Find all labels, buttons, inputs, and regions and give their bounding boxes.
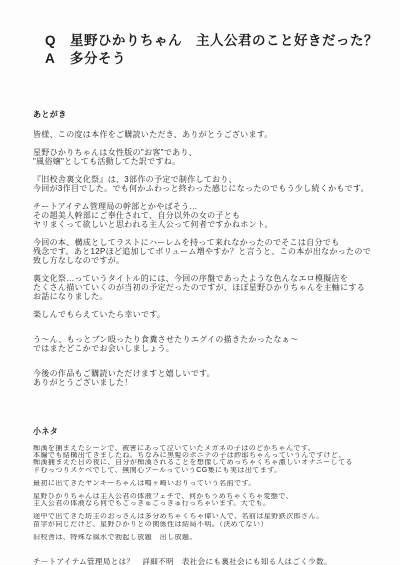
afterword-paragraph-heroine: 星野ひかりちゃんは女性版の"お客"であり、"風俗嬢"としても活動してた訳ですね。 [33,148,372,166]
text-line: お話になりました。 [33,292,372,301]
afterword-paragraph-title: 裏文化祭…っていうタイトル的には、今回の序盤であったような色んなエロ模擬店をたく… [33,274,372,301]
afterword-page: Q 星野ひかりちゃん 主人公君のこと好きだった？ A 多分そう あとがき 皆様、… [0,0,400,565]
text-line: ヤリまくって欲しいと思われる主人公って何者ですかねホント。 [33,220,372,229]
text-line: 痴漢を捕まえたシーンで、被害にあって泣いていたメガネの子はのどかちゃんです。 [33,445,372,452]
qa-question-row: Q 星野ひかりちゃん 主人公君のこと好きだった？ [45,32,372,50]
text-line: 星野ひかりちゃんは女性版の"お客"であり、 [33,148,372,157]
qa-answer-row: A 多分そう [45,50,372,68]
text-line: ありがとうございました！ [33,378,372,387]
text-line: 痴漢捕まえた日の夜に、自分が痴漢されることを想像してめっちゃくちゃ激しいオナニー… [33,459,372,466]
text-line: チートアイテム管理局の幹部とかやばそう… [33,202,372,211]
text-line: 致し方なしなのですが。 [33,256,372,265]
question-label: Q [45,32,70,50]
afterword-paragraph-enjoy: 楽しんでもらえていたら幸いです。 [33,310,372,319]
text-line: 旧校舎は、特殊な風水で勃起し放題 出し放題。 [33,534,372,541]
text-line: 今後の作品もご購読いただけますと嬉しいです。 [33,369,372,378]
afterword-paragraph-bureau: チートアイテム管理局の幹部とかやばそう…その超美人幹部にご奉仕されて、自分以外の… [33,202,372,229]
text-line: 楽しんでもらえていたら幸いです。 [33,310,372,319]
answer-text: 多分そう [70,50,126,68]
answer-label: A [45,50,70,68]
koneta-paragraph-yankee: 最初に出てきたヤンキーちゃんは鳴ヶ崎いおりっていう名前です。 [33,480,372,487]
afterword-paragraph-greeting: 皆様、この度は本作をご購読いただき、ありがとうございます。 [33,130,372,139]
text-line: 本編でも結構出てきましたね。ちなみに黒髪のポニテの子は紗耶ちゃんっていうんですけ… [33,452,372,459]
question-text: 星野ひかりちゃん 主人公君のこと好きだった？ [70,32,378,50]
text-line: 裏文化祭…っていうタイトル的には、今回の序盤であったような色んなエロ模擬店を [33,274,372,283]
text-line: 残念です。あと12Pほど追加してボリューム増やすか？と言うと、この本が出なかった… [33,247,372,256]
text-line: ではまたどこかでお会いしましょう。 [33,344,372,353]
koneta-paragraph-monk: 途中で出てきた坊主のおっさんは多分めちゃくちゃ偉い人で、名前は星野鉄次郎さん。苗… [33,513,372,527]
text-line: 主人公君の体液なら何でもごっきゅごっきゅ行っちゃいます。大でも。 [33,500,372,507]
text-line: 途中で出てきた坊主のおっさんは多分めちゃくちゃ偉い人で、名前は星野鉄次郎さん。 [33,513,372,520]
text-line: ドむっつりスケベでして、無関心プールっていうCG集にも実は出てます。 [33,467,372,474]
afterword-heading: あとがき [33,110,372,119]
qa-block: Q 星野ひかりちゃん 主人公君のこと好きだった？ A 多分そう [45,32,372,68]
afterword-body: 皆様、この度は本作をご購読いただき、ありがとうございます。 星野ひかりちゃんは女… [33,130,372,387]
koneta-body: 痴漢を捕まえたシーンで、被害にあって泣いていたメガネの子はのどかちゃんです。本編… [33,445,372,541]
text-line: 『旧校舎裏文化祭』は、3部作の予定で制作しており、 [33,175,372,184]
text-line: その超美人幹部にご奉仕されて、自分以外の女の子とも [33,211,372,220]
afterword-paragraph-wish: う～ん、もっとブン殴ったり食糞させたりエグイの描きたかったなぁ～ではまたどこかで… [33,335,372,353]
text-line: たくさん描いていくのが当初の予定だったのですが、ほぼ星野ひかりちゃんを主軸にする [33,283,372,292]
text-line: う～ん、もっとブン殴ったり食糞させたりエグイの描きたかったなぁ～ [33,335,372,344]
text-line: "風俗嬢"としても活動してた訳ですね。 [33,157,372,166]
bureau-note: チートアイテム管理局とは？ 詳細不明 表社会にも裏社会にも知る人はごく少数。 [33,557,372,565]
afterword-paragraph-thanks: 今後の作品もご購読いただけますと嬉しいです。ありがとうございました！ [33,369,372,387]
koneta-heading: 小ネタ [33,427,372,436]
koneta-paragraph-glasses-girl: 痴漢を捕まえたシーンで、被害にあって泣いていたメガネの子はのどかちゃんです。本編… [33,445,372,474]
afterword-paragraph-structure: 今回の本、構成としてラストにハーレムを持って来れなかったのでそこは自分でも残念で… [33,238,372,265]
text-line: 皆様、この度は本作をご購読いただき、ありがとうございます。 [33,130,372,139]
text-line: 苗字が同じだけど、星野ひかりとの関係性は結局不明。（決めてない） [33,521,372,528]
text-line: 今回が3作目でした。でも何かふわっと終わった感じになったのでもう少し続くかもです… [33,184,372,193]
text-line: 今回の本、構成としてラストにハーレムを持って来れなかったのでそこは自分でも [33,238,372,247]
afterword-paragraph-trilogy: 『旧校舎裏文化祭』は、3部作の予定で制作しており、今回が3作目でした。でも何かふ… [33,175,372,193]
koneta-paragraph-fetish: 星野ひかりちゃんは主人公君の体液フェチで、何かもうめちゃくちゃ変態で、主人公君の… [33,493,372,507]
koneta-paragraph-school: 旧校舎は、特殊な風水で勃起し放題 出し放題。 [33,534,372,541]
text-line: 最初に出てきたヤンキーちゃんは鳴ヶ崎いおりっていう名前です。 [33,480,372,487]
text-line: 星野ひかりちゃんは主人公君の体液フェチで、何かもうめちゃくちゃ変態で、 [33,493,372,500]
